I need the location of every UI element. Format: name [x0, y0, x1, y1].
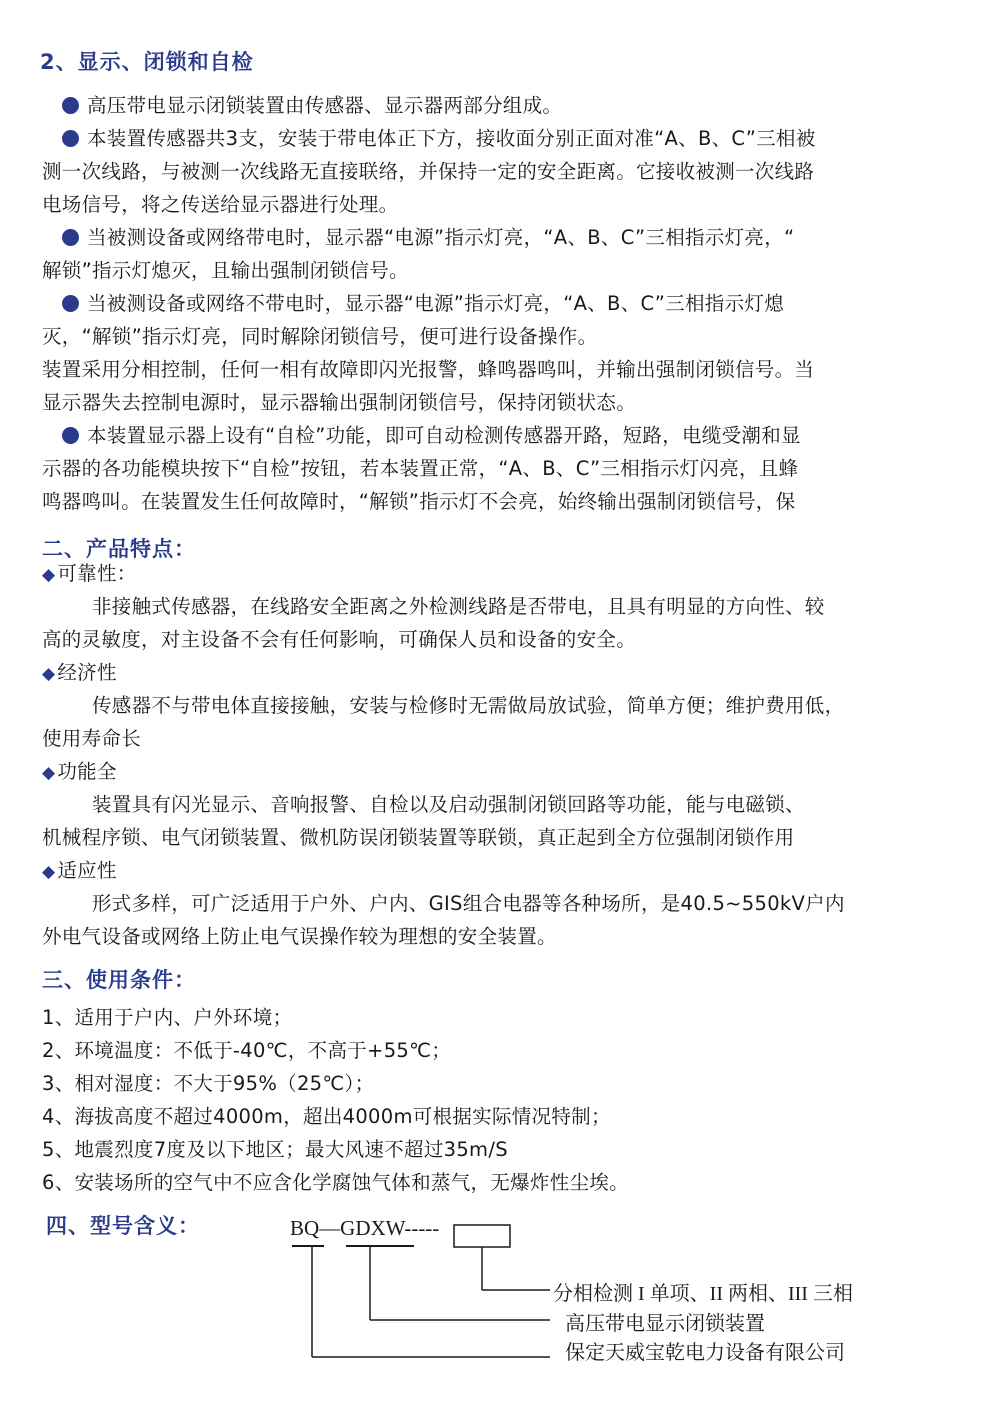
model-legend-company: 保定天威宝乾电力设备有限公司 — [565, 1336, 845, 1365]
model-diagram-lines — [0, 0, 1000, 1402]
model-legend-phase: 分相检测 I 单项、II 两相、III 三相 — [553, 1277, 853, 1306]
model-legend-device: 高压带电显示闭锁装置 — [565, 1307, 765, 1336]
